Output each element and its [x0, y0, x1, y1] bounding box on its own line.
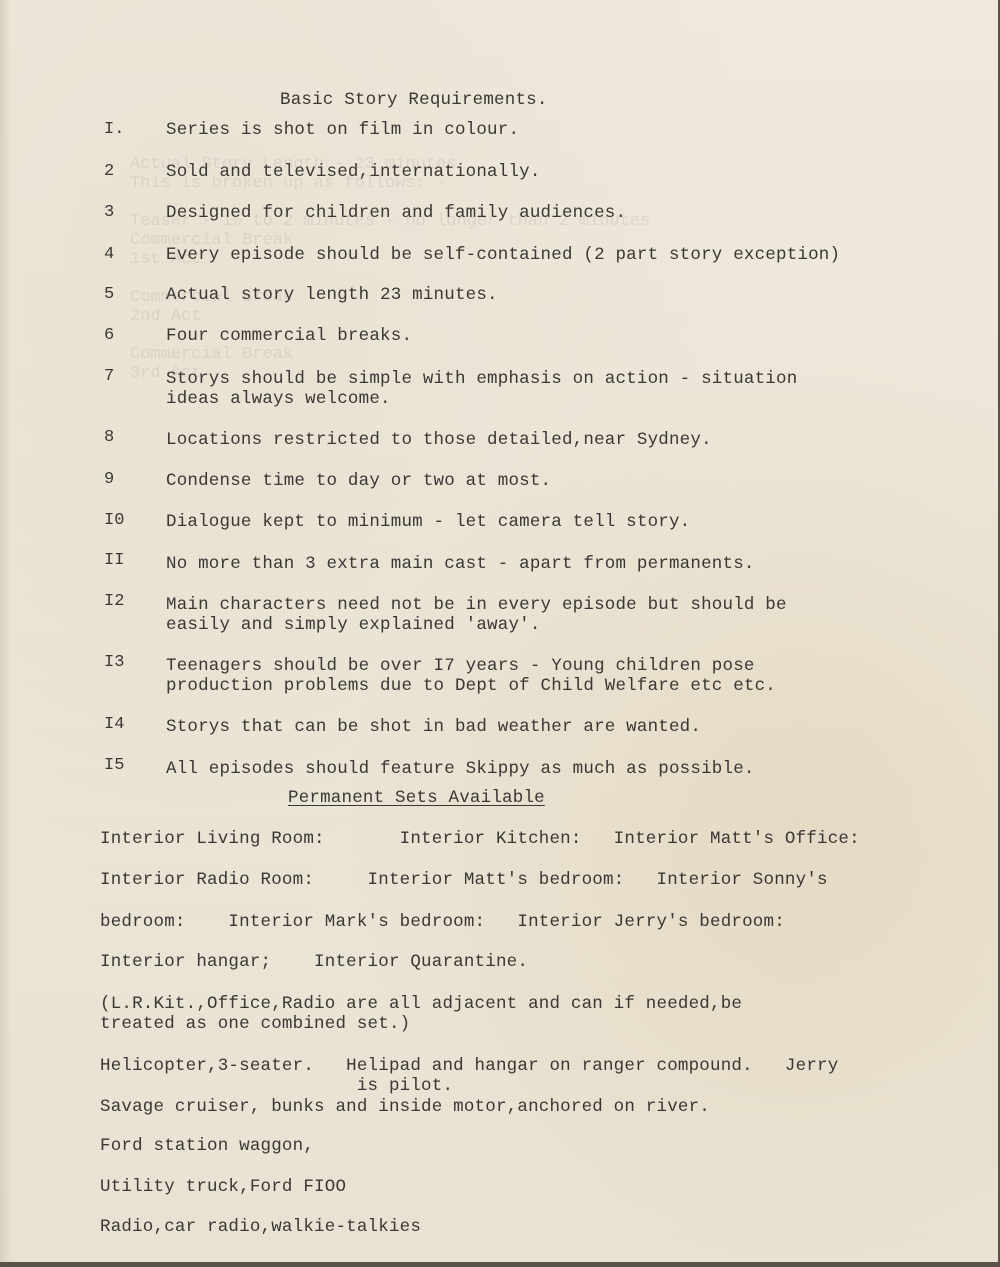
requirement-text: Every episode should be self-contained (… [166, 245, 840, 265]
vehicle-line: Savage cruiser, bunks and inside motor,a… [100, 1097, 710, 1117]
item-number: II [104, 551, 124, 571]
requirement-text: Designed for children and family audienc… [166, 203, 626, 223]
requirement-text: Storys that can be shot in bad weather a… [166, 717, 701, 737]
item-number: I4 [104, 715, 124, 735]
item-number: I. [104, 120, 124, 140]
requirement-text: All episodes should feature Skippy as mu… [166, 759, 755, 779]
sets-note: (L.R.Kit.,Office,Radio are all adjacent … [100, 994, 742, 1034]
paper-edge [0, 0, 12, 1262]
item-number: 2 [104, 162, 114, 182]
requirement-text: Condense time to day or two at most. [166, 471, 551, 491]
requirement-text: Teenagers should be over I7 years - Youn… [166, 656, 776, 696]
vehicle-line: Helicopter,3-seater. Helipad and hangar … [100, 1056, 838, 1096]
bleed-through-text: Actual Story Length - 23 minutes This is… [130, 155, 650, 383]
sets-line: Interior Living Room: Interior Kitchen: … [100, 829, 860, 849]
item-number: I0 [104, 511, 124, 531]
requirement-text: Storys should be simple with emphasis on… [166, 369, 797, 409]
document-title: Basic Story Requirements. [280, 90, 548, 110]
item-number: 3 [104, 203, 114, 223]
item-number: 4 [104, 245, 114, 265]
sets-line: Interior Radio Room: Interior Matt's bed… [100, 870, 828, 890]
item-number: 8 [104, 428, 114, 448]
item-number: I2 [104, 592, 124, 612]
sets-line: bedroom: Interior Mark's bedroom: Interi… [100, 912, 785, 932]
requirement-text: Dialogue kept to minimum - let camera te… [166, 512, 690, 532]
vehicle-line: Utility truck,Ford FIOO [100, 1177, 346, 1197]
item-number: I5 [104, 756, 124, 776]
requirement-text: Main characters need not be in every epi… [166, 595, 787, 635]
requirement-text: Series is shot on film in colour. [166, 120, 519, 140]
item-number: 7 [104, 367, 114, 387]
item-number: I3 [104, 653, 124, 673]
requirement-text: No more than 3 extra main cast - apart f… [166, 554, 755, 574]
requirement-text: Actual story length 23 minutes. [166, 285, 498, 305]
item-number: 9 [104, 470, 114, 490]
sets-heading: Permanent Sets Available [288, 788, 545, 808]
vehicle-line: Radio,car radio,walkie-talkies [100, 1217, 421, 1237]
typed-document-page: Actual Story Length - 23 minutes This is… [0, 0, 998, 1262]
vehicle-line: Ford station waggon, [100, 1136, 314, 1156]
item-number: 5 [104, 285, 114, 305]
item-number: 6 [104, 326, 114, 346]
sets-line: Interior hangar; Interior Quarantine. [100, 952, 528, 972]
requirement-text: Locations restricted to those detailed,n… [166, 430, 712, 450]
requirement-text: Four commercial breaks. [166, 326, 412, 346]
requirement-text: Sold and televised,internationally. [166, 162, 541, 182]
